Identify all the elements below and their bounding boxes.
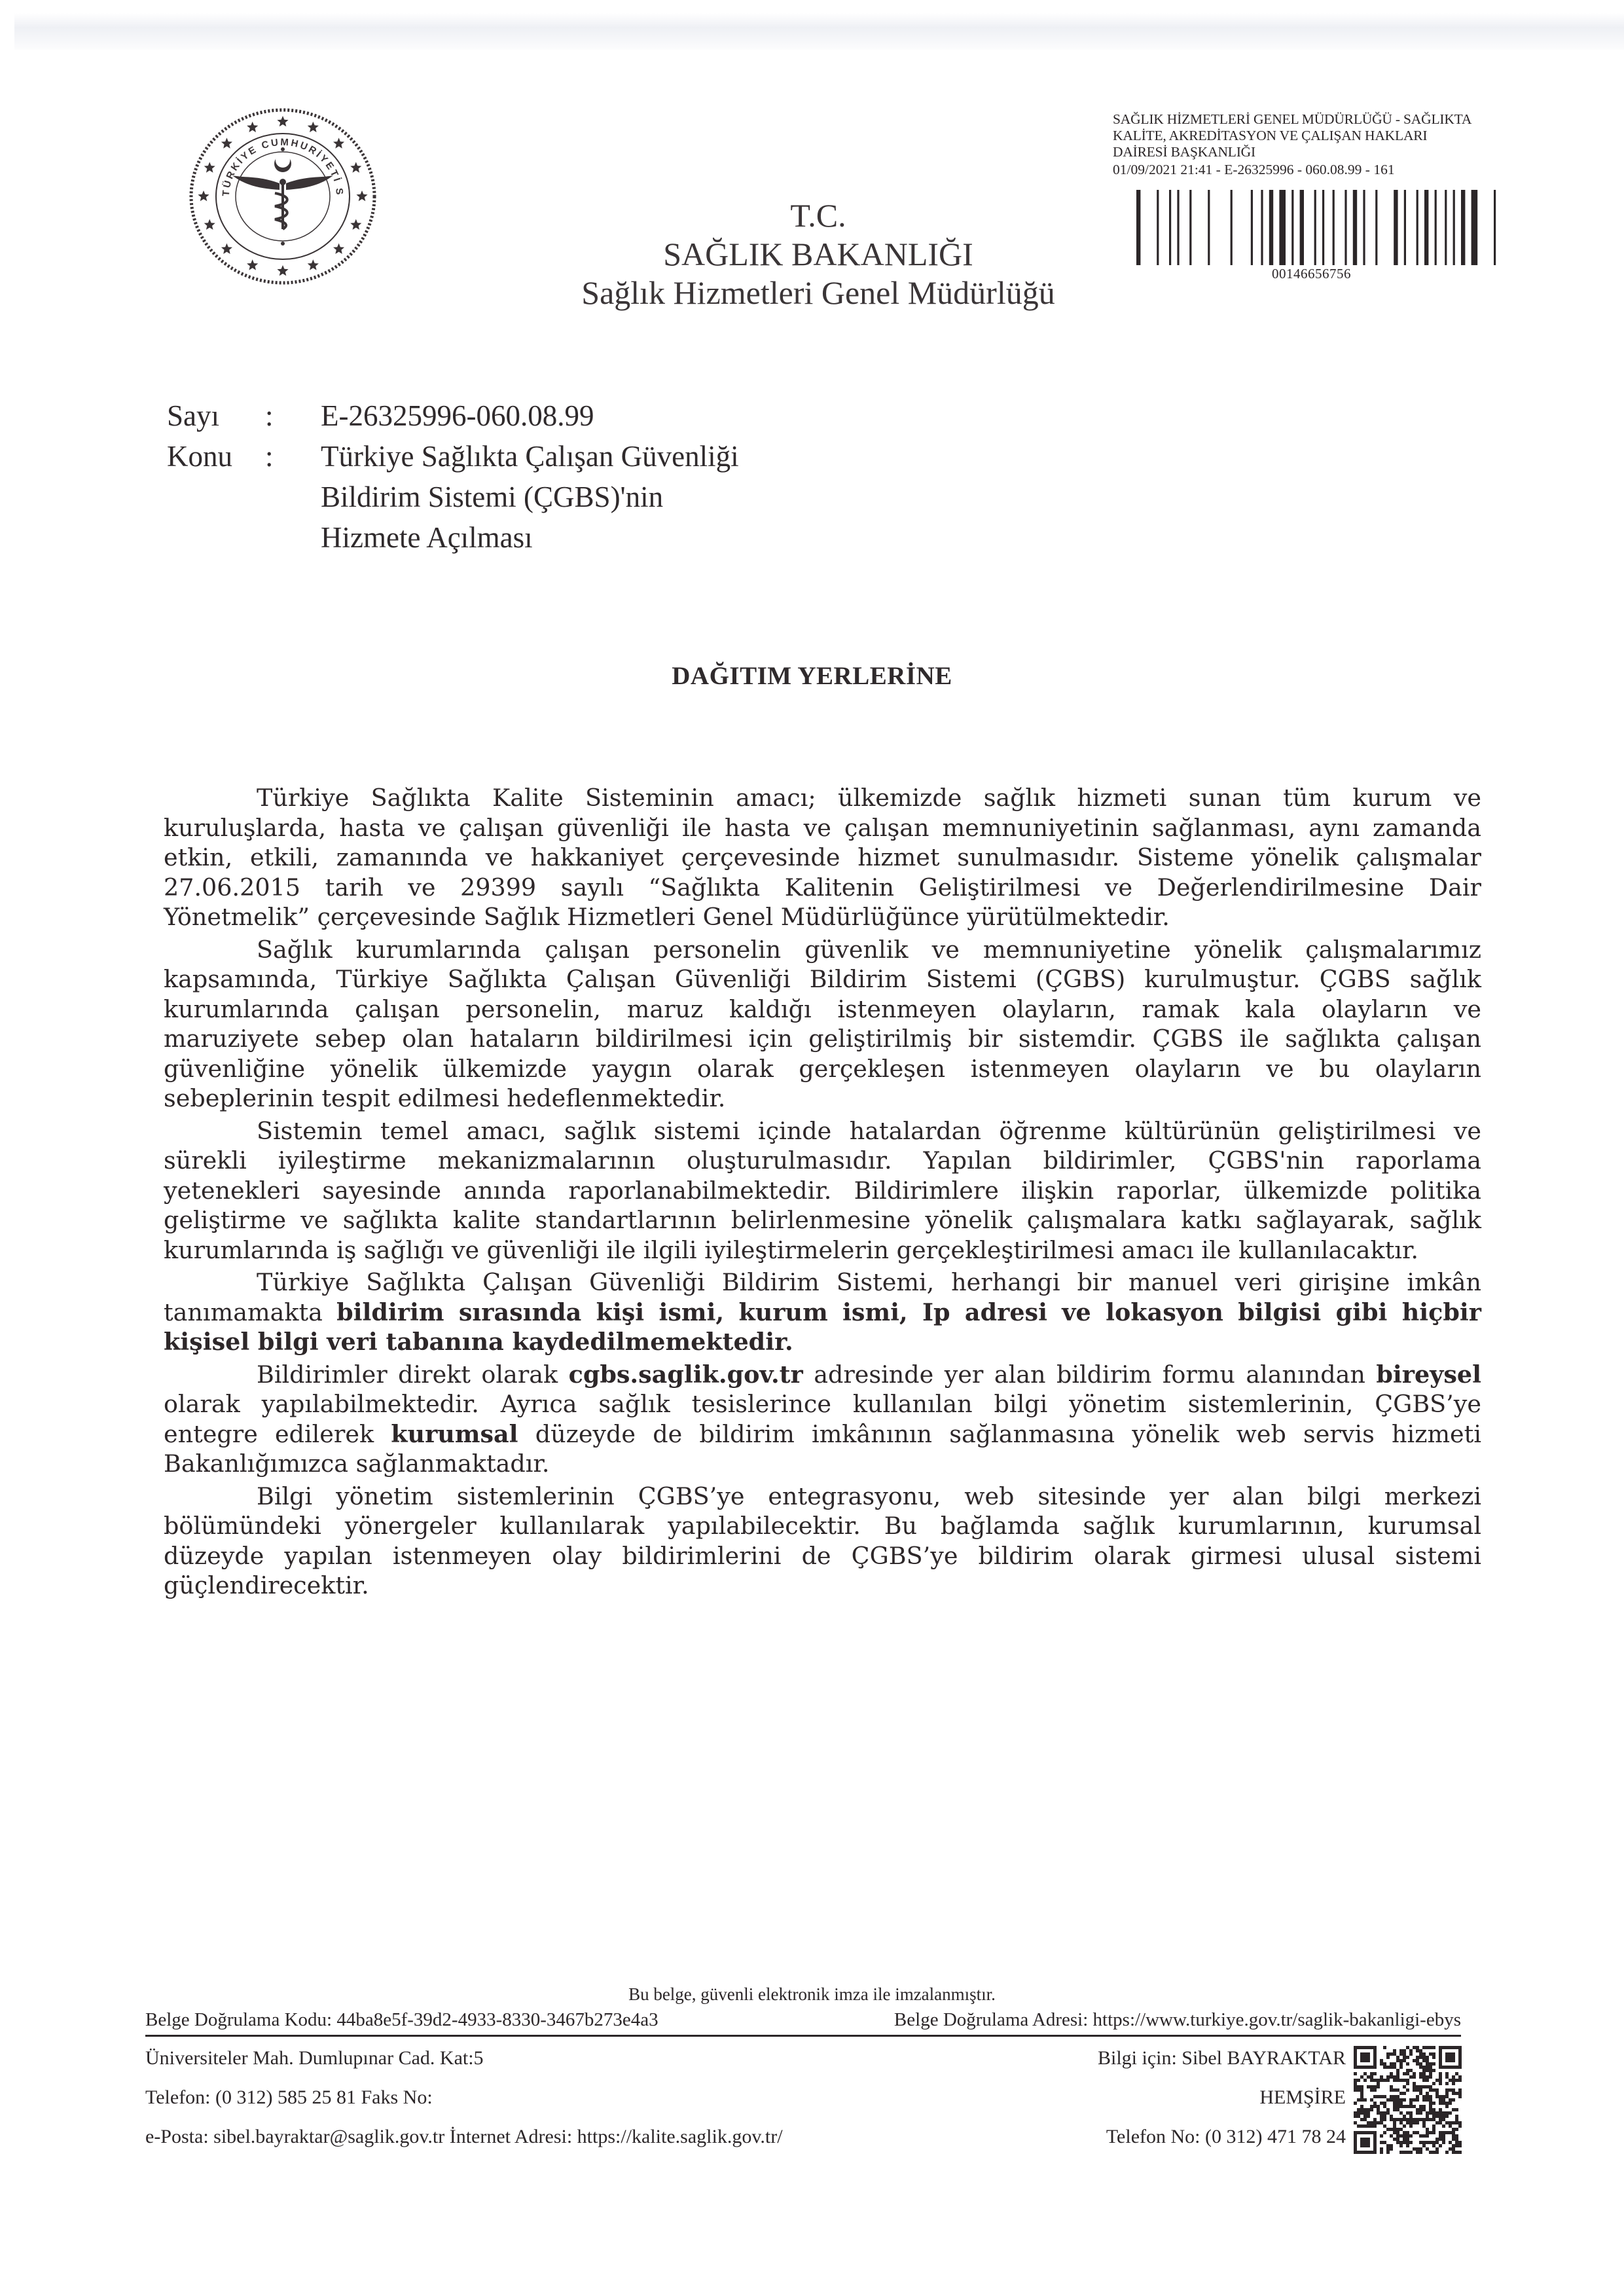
recipient-heading: DAĞITIM YERLERİNE: [0, 661, 1624, 691]
text-run: sebeplerinin tespit edilmesi hedeflenmek…: [164, 1084, 725, 1112]
stamp-unit-line: DAİRESİ BAŞKANLIĞI: [1113, 144, 1545, 160]
sayi-value: E-26325996-060.08.99: [321, 399, 594, 440]
colon: :: [265, 440, 321, 562]
letterhead-ministry: SAĞLIK BAKANLIĞI: [524, 235, 1113, 274]
barcode-number: 00146656756: [1272, 266, 1351, 282]
body-line: sebeplerinin tespit edilmesi hedeflenmek…: [164, 1084, 1481, 1114]
body-paragraph: Türkiye Sağlıkta Kalite Sisteminin amacı…: [164, 783, 1481, 932]
body-line: Bildirimler direkt olarak cgbs.saglik.go…: [164, 1360, 1481, 1390]
bold-phrase: kurumsal: [391, 1420, 518, 1448]
body-line: bölümündeki yönergeler kullanılarak yapı…: [164, 1511, 1481, 1541]
text-run: geliştirme ve sağlıkta kalite standartla…: [164, 1206, 1481, 1234]
contact-person: Bilgi için: Sibel BAYRAKTAR: [1098, 2045, 1346, 2085]
contact-phone: Telefon No: (0 312) 471 78 24: [1098, 2124, 1346, 2163]
text-run: entegre edilerek: [164, 1420, 391, 1448]
text-run: 27.06.2015 tarih ve 29399 sayılı “Sağlık…: [164, 873, 1481, 902]
body-paragraph: Türkiye Sağlıkta Çalışan Güvenliği Bildi…: [164, 1267, 1481, 1357]
body-line: kurumlarında iş sağlığı ve güvenliği ile…: [164, 1235, 1481, 1266]
footer-contact-right: Bilgi için: Sibel BAYRAKTAR HEMŞİRE Tele…: [1098, 2045, 1346, 2163]
bold-phrase: bireysel: [1376, 1360, 1481, 1389]
body-line: güvenliğine yönelik ülkemizde yaygın ola…: [164, 1054, 1481, 1084]
document-meta: Sayı : E-26325996-060.08.99 Konu : Türki…: [167, 399, 739, 562]
text-run: düzeyde yapılan istenmeyen olay bildirim…: [164, 1542, 1481, 1570]
sayi-row: Sayı : E-26325996-060.08.99: [167, 399, 739, 440]
bold-phrase: bildirim sırasında kişi ismi, kurum ismi…: [336, 1298, 1481, 1326]
body-line: tanımamakta bildirim sırasında kişi ismi…: [164, 1298, 1481, 1328]
text-run: yetenekleri sayesinde anında raporlanabi…: [164, 1176, 1481, 1205]
bold-phrase: cgbs.saglik.gov.tr: [569, 1360, 803, 1389]
body-line: Bilgi yönetim sistemlerinin ÇGBS’ye ente…: [164, 1482, 1481, 1512]
text-run: düzeyde de bildirim imkânının sağlanması…: [518, 1420, 1481, 1448]
text-run: maruziyete sebep olan hataların bildiril…: [164, 1025, 1481, 1053]
body-line: düzeyde yapılan istenmeyen olay bildirim…: [164, 1541, 1481, 1571]
text-run: Türkiye Sağlıkta Kalite Sisteminin amacı…: [257, 784, 1481, 812]
konu-line: Türkiye Sağlıkta Çalışan Güvenliği: [321, 440, 739, 481]
body-paragraph: Sağlık kurumlarında çalışan personelin g…: [164, 935, 1481, 1114]
body-paragraph: Bildirimler direkt olarak cgbs.saglik.go…: [164, 1360, 1481, 1479]
bold-phrase: kişisel bilgi veri tabanına kaydedilmeme…: [164, 1328, 793, 1356]
body-line: Türkiye Sağlıkta Kalite Sisteminin amacı…: [164, 783, 1481, 813]
text-run: kurumlarında çalışan personelin, maruz k…: [164, 995, 1481, 1023]
verification-address-link[interactable]: Belge Doğrulama Adresi: https://www.turk…: [894, 2009, 1461, 2031]
body-line: kişisel bilgi veri tabanına kaydedilmeme…: [164, 1327, 1481, 1357]
stamp-unit-line: SAĞLIK HİZMETLERİ GENEL MÜDÜRLÜĞÜ - SAĞL…: [1113, 111, 1545, 128]
body-line: Sistemin temel amacı, sağlık sistemi içi…: [164, 1116, 1481, 1146]
body-line: Sağlık kurumlarında çalışan personelin g…: [164, 935, 1481, 965]
letterhead-directorate: Sağlık Hizmetleri Genel Müdürlüğü: [524, 274, 1113, 312]
text-run: kapsamında, Türkiye Sağlıkta Çalışan Güv…: [164, 965, 1481, 993]
text-run: sürekli iyileştirme mekanizmalarının olu…: [164, 1146, 1481, 1175]
body-line: olarak yapılabilmektedir. Ayrıca sağlık …: [164, 1389, 1481, 1419]
text-run: etkin, etkili, zamanında ve hakkaniyet ç…: [164, 843, 1481, 871]
footer-contact-left: Üniversiteler Mah. Dumlupınar Cad. Kat:5…: [145, 2045, 783, 2163]
body-line: güçlendirecektir.: [164, 1571, 1481, 1601]
body-paragraph: Bilgi yönetim sistemlerinin ÇGBS’ye ente…: [164, 1482, 1481, 1601]
body-line: Bakanlığımızca sağlanmaktadır.: [164, 1449, 1481, 1479]
colon: :: [265, 399, 321, 440]
body-line: sürekli iyileştirme mekanizmalarının olu…: [164, 1146, 1481, 1176]
konu-row: Konu : Türkiye Sağlıkta Çalışan Güvenliğ…: [167, 440, 739, 562]
body-line: yetenekleri sayesinde anında raporlanabi…: [164, 1176, 1481, 1206]
qr-code-icon: [1354, 2046, 1462, 2154]
konu-line: Bildirim Sistemi (ÇGBS)'nin: [321, 481, 739, 521]
body-line: entegre edilerek kurumsal düzeyde de bil…: [164, 1419, 1481, 1449]
barcode-icon: [1132, 190, 1512, 265]
e-signature-note: Bu belge, güvenli elektronik imza ile im…: [0, 1984, 1624, 2005]
registry-stamp: SAĞLIK HİZMETLERİ GENEL MÜDÜRLÜĞÜ - SAĞL…: [1113, 111, 1545, 178]
body-line: Yönetmelik” çerçevesinde Sağlık Hizmetle…: [164, 902, 1481, 932]
scan-edge-shadow: [14, 13, 1624, 50]
verification-code: Belge Doğrulama Kodu: 44ba8e5f-39d2-4933…: [145, 2009, 659, 2031]
contact-title: HEMŞİRE: [1098, 2085, 1346, 2124]
text-run: Bilgi yönetim sistemlerinin ÇGBS’ye ente…: [257, 1482, 1481, 1510]
body-line: 27.06.2015 tarih ve 29399 sayılı “Sağlık…: [164, 873, 1481, 903]
body-line: etkin, etkili, zamanında ve hakkaniyet ç…: [164, 843, 1481, 873]
office-address: Üniversiteler Mah. Dumlupınar Cad. Kat:5: [145, 2045, 783, 2085]
stamp-unit-line: KALİTE, AKREDİTASYON VE ÇALIŞAN HAKLARI: [1113, 128, 1545, 144]
text-run: Sistemin temel amacı, sağlık sistemi içi…: [257, 1117, 1481, 1145]
body-line: geliştirme ve sağlıkta kalite standartla…: [164, 1205, 1481, 1235]
text-run: güvenliğine yönelik ülkemizde yaygın ola…: [164, 1055, 1481, 1083]
body-line: Türkiye Sağlıkta Çalışan Güvenliği Bildi…: [164, 1267, 1481, 1298]
text-run: güçlendirecektir.: [164, 1571, 369, 1599]
body-line: kurumlarında çalışan personelin, maruz k…: [164, 994, 1481, 1025]
text-run: Sağlık kurumlarında çalışan personelin g…: [257, 936, 1481, 964]
email-website-link[interactable]: e-Posta: sibel.bayraktar@saglik.gov.tr İ…: [145, 2124, 783, 2163]
office-phone-fax: Telefon: (0 312) 585 25 81 Faks No:: [145, 2085, 783, 2124]
text-run: bölümündeki yönergeler kullanılarak yapı…: [164, 1512, 1481, 1540]
body-line: kuruluşlarda, hasta ve çalışan güvenliği…: [164, 813, 1481, 843]
letterhead-tc: T.C.: [524, 196, 1113, 235]
body-paragraph: Sistemin temel amacı, sağlık sistemi içi…: [164, 1116, 1481, 1266]
text-run: Bildirimler direkt olarak: [257, 1360, 569, 1389]
text-run: tanımamakta: [164, 1298, 336, 1326]
text-run: olarak yapılabilmektedir. Ayrıca sağlık …: [164, 1390, 1481, 1418]
footer-divider: [145, 2035, 1461, 2037]
text-run: kurumlarında iş sağlığı ve güvenliği ile…: [164, 1236, 1418, 1264]
konu-label: Konu: [167, 440, 265, 562]
sayi-label: Sayı: [167, 399, 265, 440]
text-run: adresinde yer alan bildirim formu alanın…: [803, 1360, 1377, 1389]
konu-value: Türkiye Sağlıkta Çalışan Güvenliği Bildi…: [321, 440, 739, 562]
text-run: Türkiye Sağlıkta Çalışan Güvenliği Bildi…: [257, 1268, 1481, 1296]
ministry-of-health-seal-icon: TÜRKİYE CUMHURİYETİ SAĞLIK BAKANLIĞI: [167, 98, 399, 295]
konu-line: Hizmete Açılması: [321, 521, 739, 562]
stamp-date-reference: 01/09/2021 21:41 - E-26325996 - 060.08.9…: [1113, 161, 1545, 178]
text-run: Yönetmelik” çerçevesinde Sağlık Hizmetle…: [164, 903, 1170, 931]
text-run: kuruluşlarda, hasta ve çalışan güvenliği…: [164, 814, 1481, 842]
text-run: Bakanlığımızca sağlanmaktadır.: [164, 1449, 549, 1478]
letterhead: T.C. SAĞLIK BAKANLIĞI Sağlık Hizmetleri …: [524, 196, 1113, 312]
verification-row: Belge Doğrulama Kodu: 44ba8e5f-39d2-4933…: [145, 2009, 1461, 2031]
body-line: maruziyete sebep olan hataların bildiril…: [164, 1024, 1481, 1054]
body-line: kapsamında, Türkiye Sağlıkta Çalışan Güv…: [164, 964, 1481, 994]
letter-body: Türkiye Sağlıkta Kalite Sisteminin amacı…: [164, 783, 1481, 1603]
